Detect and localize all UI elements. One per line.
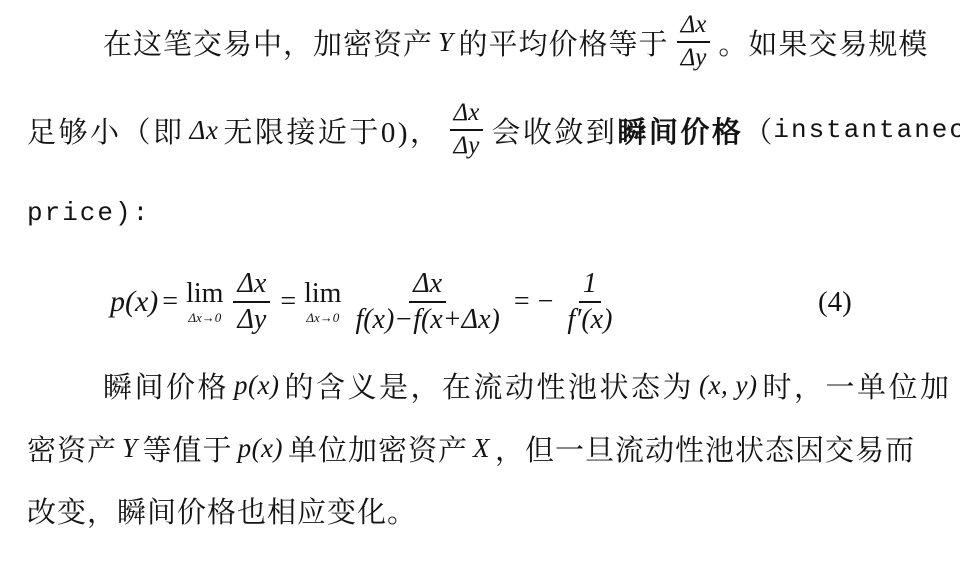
equation-4: p(x) = lim Δx→0 Δx Δy = lim Δx→0 Δx f(x)… <box>0 252 960 352</box>
text-run: 0)， <box>381 110 442 151</box>
fraction-denominator: f′(x) <box>563 303 616 336</box>
text-run: 时，一单位加 <box>762 365 951 406</box>
text-run: 单位加密资产 <box>288 428 468 469</box>
paragraph2-line2: 密资产 Y 等值于 p(x) 单位加密资产 X ，但一旦流动性池状态因交易而 <box>0 422 960 474</box>
paragraph1-line3: price): <box>0 191 960 235</box>
math-state-xy: (x, y) <box>699 370 757 401</box>
fraction-numerator: Δx <box>677 11 711 43</box>
text-run: 。如果交易规模 <box>718 22 928 63</box>
paragraph1-line1: 在这笔交易中，加密资产 Y 的平均价格等于 Δx Δy 。如果交易规模 <box>0 0 960 84</box>
paragraph2-line1: 瞬间价格 p(x) 的含义是，在流动性池状态为 (x, y) 时，一单位加 <box>0 359 960 411</box>
limit-label: lim <box>304 280 341 308</box>
paragraph1-line2: 足够小（即 Δx 无限接近于 0)， Δx Δy 会收敛到 瞬间价格 （ ins… <box>0 88 960 172</box>
fraction-numerator: 1 <box>579 268 601 303</box>
text-run: 在这笔交易中，加密资产 <box>103 22 433 63</box>
fraction-numerator: Δx <box>233 268 270 303</box>
equals-sign: = <box>514 286 530 318</box>
fraction-denominator: Δy <box>450 131 484 161</box>
text-run: 无限接近于 <box>223 110 381 151</box>
math-p-of-x: p(x) <box>238 433 283 464</box>
math-var-y-asset: Y <box>438 27 454 58</box>
text-run: 足够小（即 <box>27 110 185 151</box>
paragraph2-line3: 改变，瞬间价格也相应变化。 <box>0 484 960 536</box>
term-price-en: price): <box>27 198 150 228</box>
limit-operator: lim Δx→0 <box>304 280 341 324</box>
fraction-dx-over-fdiff: Δx f(x)−f(x+Δx) <box>351 268 503 336</box>
text-run: ，但一旦流动性池状态因交易而 <box>495 428 915 469</box>
fraction-numerator: Δx <box>450 99 484 131</box>
math-var-y-asset: Y <box>122 433 138 464</box>
inline-fraction-dx-dy: Δx Δy <box>450 99 484 161</box>
text-run: （ <box>743 110 773 151</box>
text-run: 的含义是，在流动性池状态为 <box>284 365 694 406</box>
math-delta-x: Δx <box>190 115 219 146</box>
equals-sign: = <box>162 286 178 318</box>
text-run: 的平均价格等于 <box>459 22 669 63</box>
term-instantaneous-price-cn: 瞬间价格 <box>617 110 743 151</box>
limit-subscript: Δx→0 <box>188 311 221 324</box>
fraction-dx-dy: Δx Δy <box>233 268 270 336</box>
limit-operator: lim Δx→0 <box>186 280 223 324</box>
math-p-of-x: p(x) <box>110 285 158 319</box>
math-var-x-asset: X <box>473 433 490 464</box>
limit-subscript: Δx→0 <box>306 311 339 324</box>
text-run: 瞬间价格 <box>103 365 229 406</box>
fraction-denominator: f(x)−f(x+Δx) <box>351 303 503 336</box>
term-instantaneous-en: instantaneous <box>773 115 960 145</box>
fraction-numerator: Δx <box>409 268 446 303</box>
text-run: 改变，瞬间价格也相应变化。 <box>27 490 417 531</box>
minus-sign: − <box>538 286 554 318</box>
fraction-denominator: Δy <box>233 303 270 336</box>
text-run: 会收敛到 <box>491 110 617 151</box>
inline-fraction-dx-dy: Δx Δy <box>677 11 711 73</box>
fraction-one-over-fprime: 1 f′(x) <box>563 268 616 336</box>
text-run: 密资产 <box>27 428 117 469</box>
equation-number: (4) <box>818 286 852 319</box>
math-p-of-x: p(x) <box>234 370 279 401</box>
text-run: 等值于 <box>143 428 233 469</box>
limit-label: lim <box>186 280 223 308</box>
equals-sign: = <box>280 286 296 318</box>
fraction-denominator: Δy <box>677 43 711 73</box>
document-page: 在这笔交易中，加密资产 Y 的平均价格等于 Δx Δy 。如果交易规模 足够小（… <box>0 0 960 570</box>
